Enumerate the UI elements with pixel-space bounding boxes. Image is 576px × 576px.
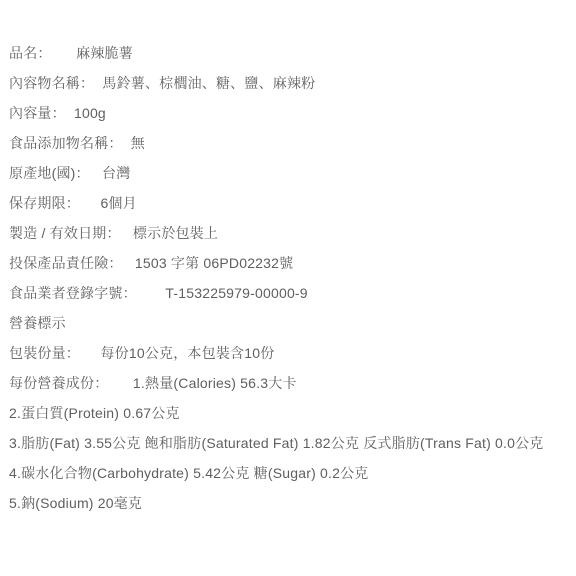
- spec-row-country-of-origin: 原產地(國)： 台灣: [9, 158, 570, 188]
- nutrition-label-heading: 營養標示: [9, 308, 570, 338]
- spec-row-calories: 每份營養成份： 1.熱量(Calories) 56.3大卡: [9, 368, 570, 398]
- product-spec-page: 品名： 麻辣脆薯 內容物名稱： 馬鈴薯、棕櫚油、糖、鹽、麻辣粉 內容量： 100…: [0, 0, 576, 576]
- spec-row-net-content: 內容量： 100g: [9, 98, 570, 128]
- spec-row-ingredients: 內容物名稱： 馬鈴薯、棕櫚油、糖、鹽、麻辣粉: [9, 68, 570, 98]
- spec-row-liability-insurance: 投保產品責任險： 1503 字第 06PD02232號: [9, 248, 570, 278]
- spec-row-protein: 2.蛋白質(Protein) 0.67公克: [9, 398, 570, 428]
- spec-row-serving-size: 包裝份量： 每份10公克，本包裝含10份: [9, 338, 570, 368]
- spec-row-shelf-life: 保存期限： 6個月: [9, 188, 570, 218]
- spec-row-fat: 3.脂肪(Fat) 3.55公克 飽和脂肪(Saturated Fat) 1.8…: [9, 428, 570, 458]
- spec-row-food-additives: 食品添加物名稱： 無: [9, 128, 570, 158]
- spec-row-product-name: 品名： 麻辣脆薯: [9, 38, 570, 68]
- spec-row-carbohydrate: 4.碳水化合物(Carbohydrate) 5.42公克 糖(Sugar) 0.…: [9, 458, 570, 488]
- spec-row-manufacture-date: 製造 / 有效日期： 標示於包裝上: [9, 218, 570, 248]
- spec-row-registration-number: 食品業者登錄字號： T-153225979-00000-9: [9, 278, 570, 308]
- spec-row-sodium: 5.鈉(Sodium) 20毫克: [9, 488, 570, 518]
